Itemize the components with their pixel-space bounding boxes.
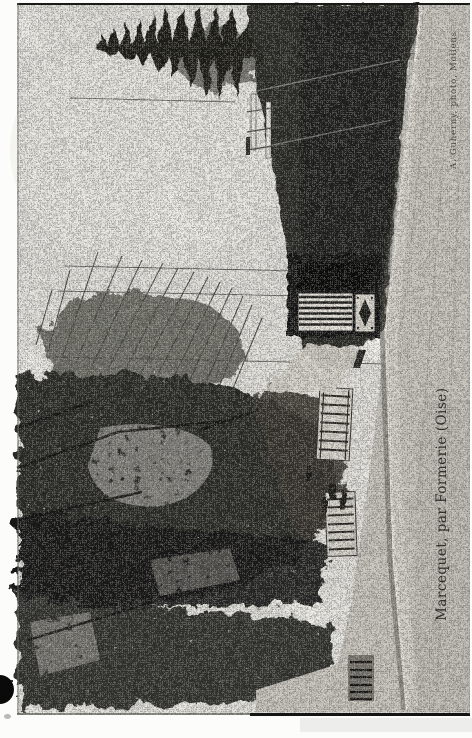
photographer-credit: A. Guherny, photo, Moliens <box>449 31 459 169</box>
scan-shadow-band <box>300 718 472 732</box>
scan-artifact-dot <box>4 714 11 719</box>
postcard-photo-art <box>0 0 472 738</box>
film-grain-light <box>17 3 470 715</box>
scanned-postcard: Marcequet, par Formerie (Oise) A. Guhern… <box>0 0 472 738</box>
caption: Marcequet, par Formerie (Oise) <box>434 387 450 621</box>
